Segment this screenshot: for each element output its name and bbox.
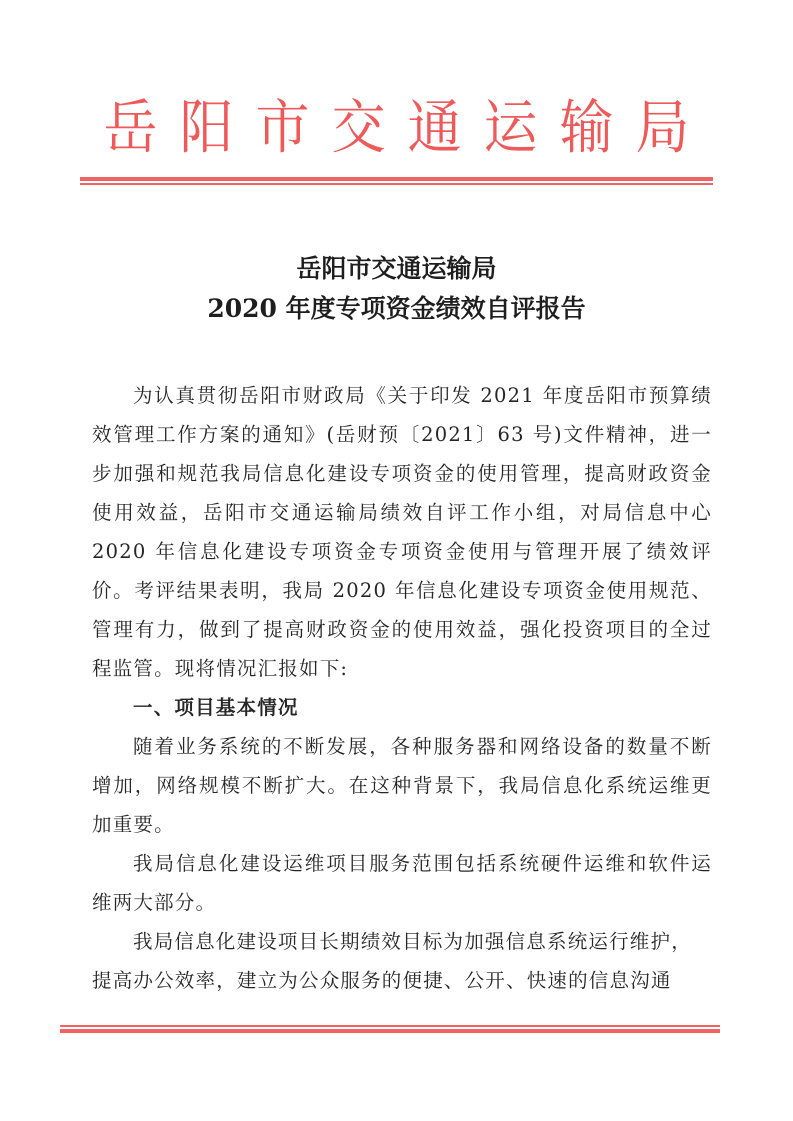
intro-paragraph: 为认真贯彻岳阳市财政局《关于印发 2021 年度岳阳市预算绩效管理工作方案的通知… [92, 376, 712, 688]
document-body: 为认真贯彻岳阳市财政局《关于印发 2021 年度岳阳市预算绩效管理工作方案的通知… [92, 376, 712, 1000]
letterhead-organization-name: 岳阳市交通运输局 [82, 93, 712, 162]
footer-divider-thick [60, 1029, 720, 1033]
body-paragraph: 随着业务系统的不断发展，各种服务器和网络设备的数量不断增加，网络规模不断扩大。在… [92, 727, 712, 844]
letterhead-divider-thick [80, 177, 713, 181]
section-heading-project-overview: 一、项目基本情况 [92, 688, 712, 727]
document-title-line1: 岳阳市交通运输局 [0, 249, 793, 285]
document-title-line2: 2020 年度专项资金绩效自评报告 [0, 289, 793, 325]
body-paragraph: 我局信息化建设项目长期绩效目标为加强信息系统运行维护，提高办公效率，建立为公众服… [92, 922, 712, 1000]
letterhead: 岳阳市交通运输局 [0, 96, 793, 160]
body-paragraph: 我局信息化建设运维项目服务范围包括系统硬件运维和软件运维两大部分。 [92, 844, 712, 922]
footer-divider-thin [60, 1025, 720, 1027]
letterhead-divider-thin [80, 183, 713, 185]
